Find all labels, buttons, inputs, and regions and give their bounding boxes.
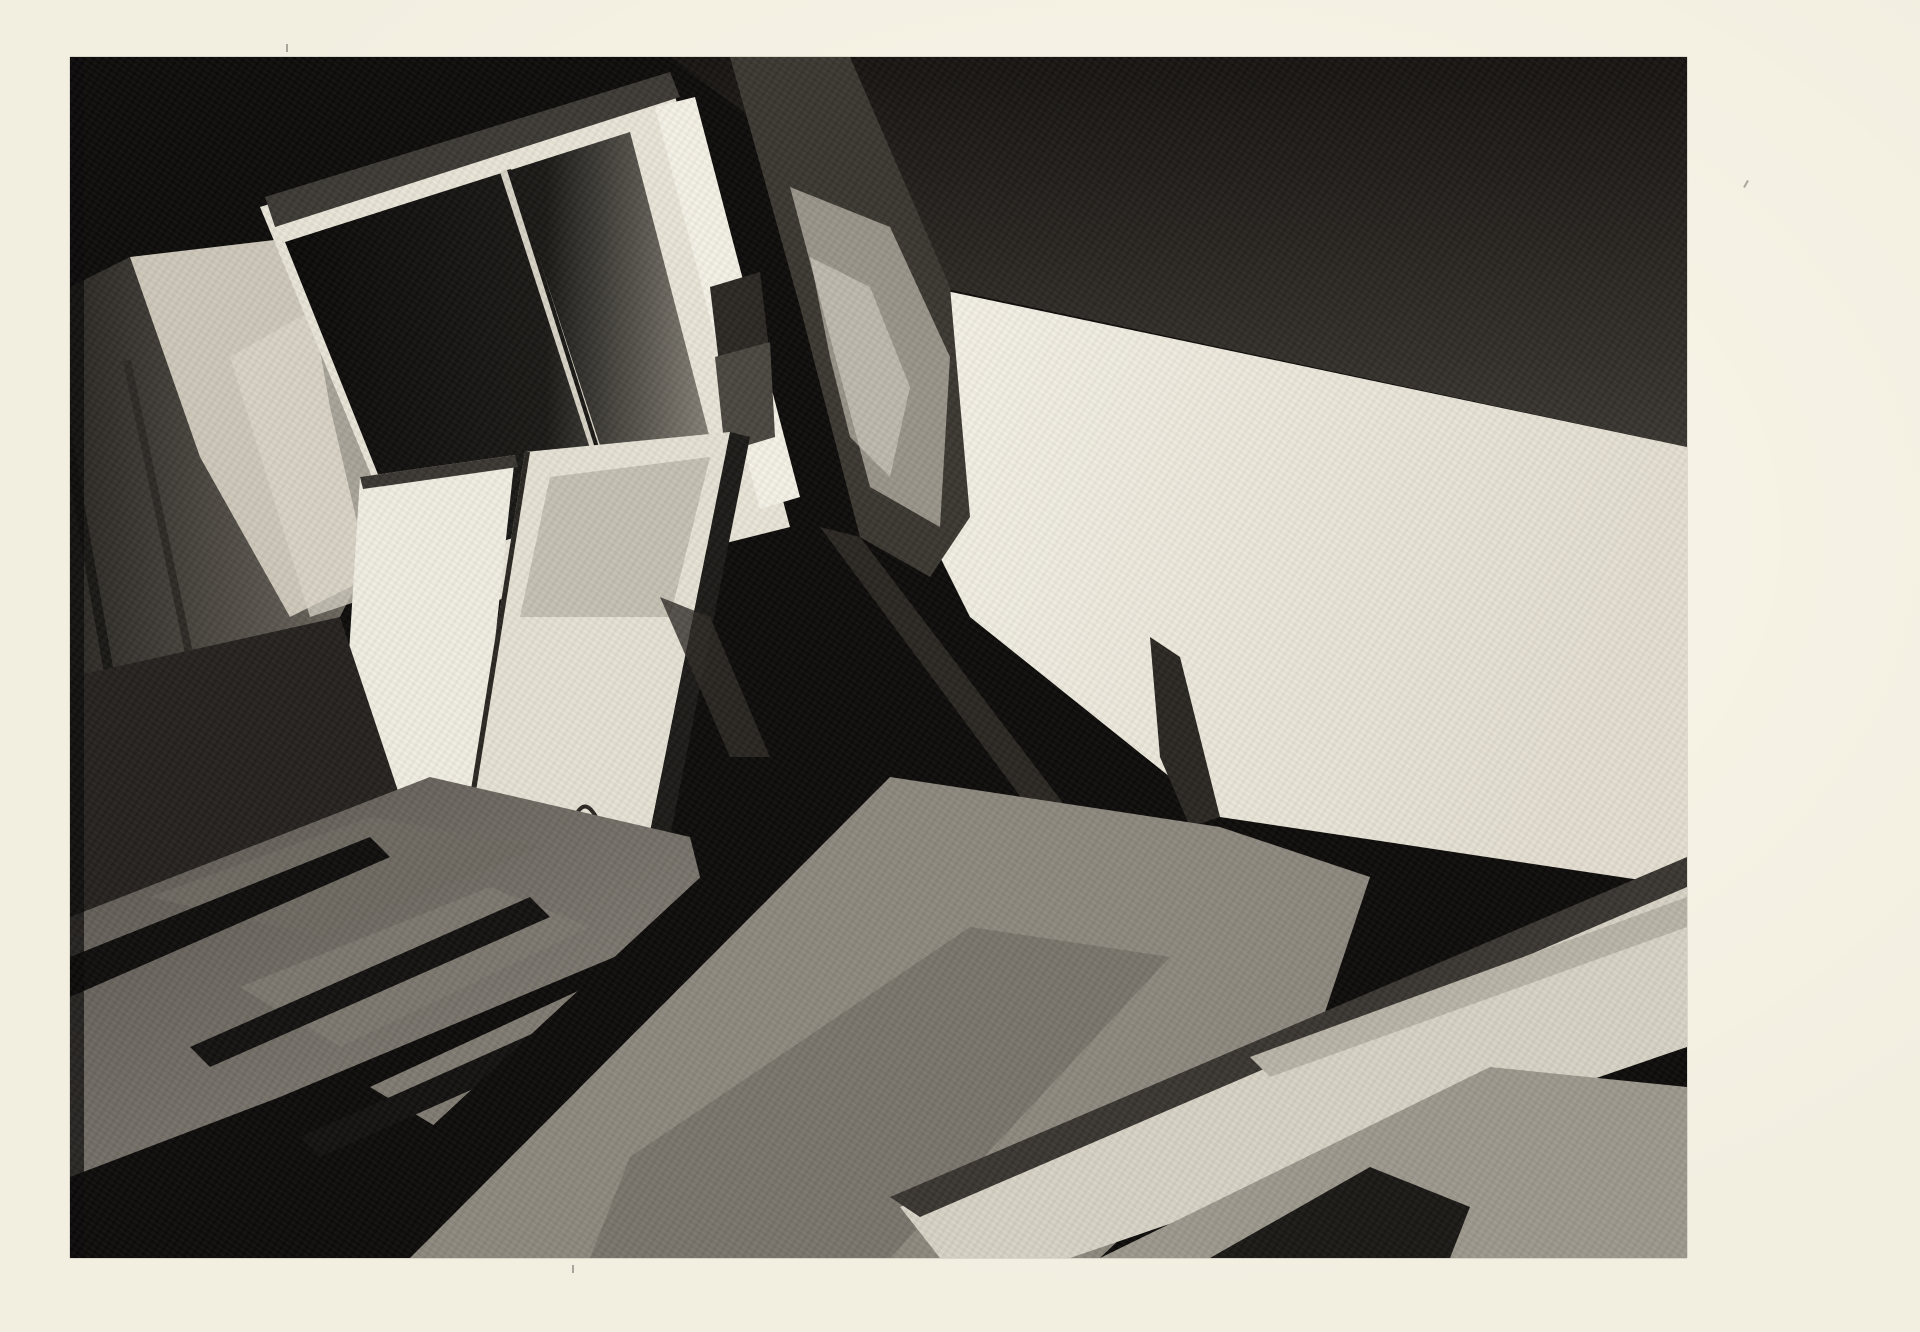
paper-speck bbox=[572, 1265, 574, 1273]
photo-scene bbox=[70, 57, 1687, 1258]
paper-speck bbox=[286, 44, 288, 52]
photo-print bbox=[70, 57, 1687, 1258]
